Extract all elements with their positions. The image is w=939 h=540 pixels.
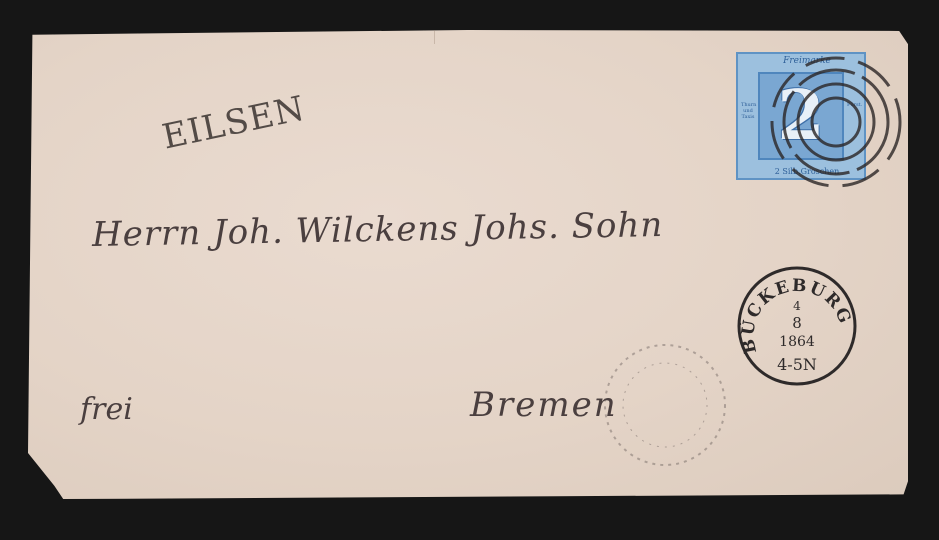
svg-text:4-5N: 4-5N [777,355,817,374]
numeral-ring-cancel-icon [766,52,906,192]
fold-line [434,30,435,44]
buckeburg-date-stamp: BÜCKEBURG 4 8 1864 4-5N [735,262,865,392]
svg-text:4: 4 [793,299,801,313]
destination-handwriting: Bremen [470,385,618,425]
stamp-side-left: Thurn und Taxis [741,102,755,120]
franco-handwriting: frei [80,392,133,427]
svg-text:1864: 1864 [779,334,815,350]
svg-text:8: 8 [792,314,802,332]
